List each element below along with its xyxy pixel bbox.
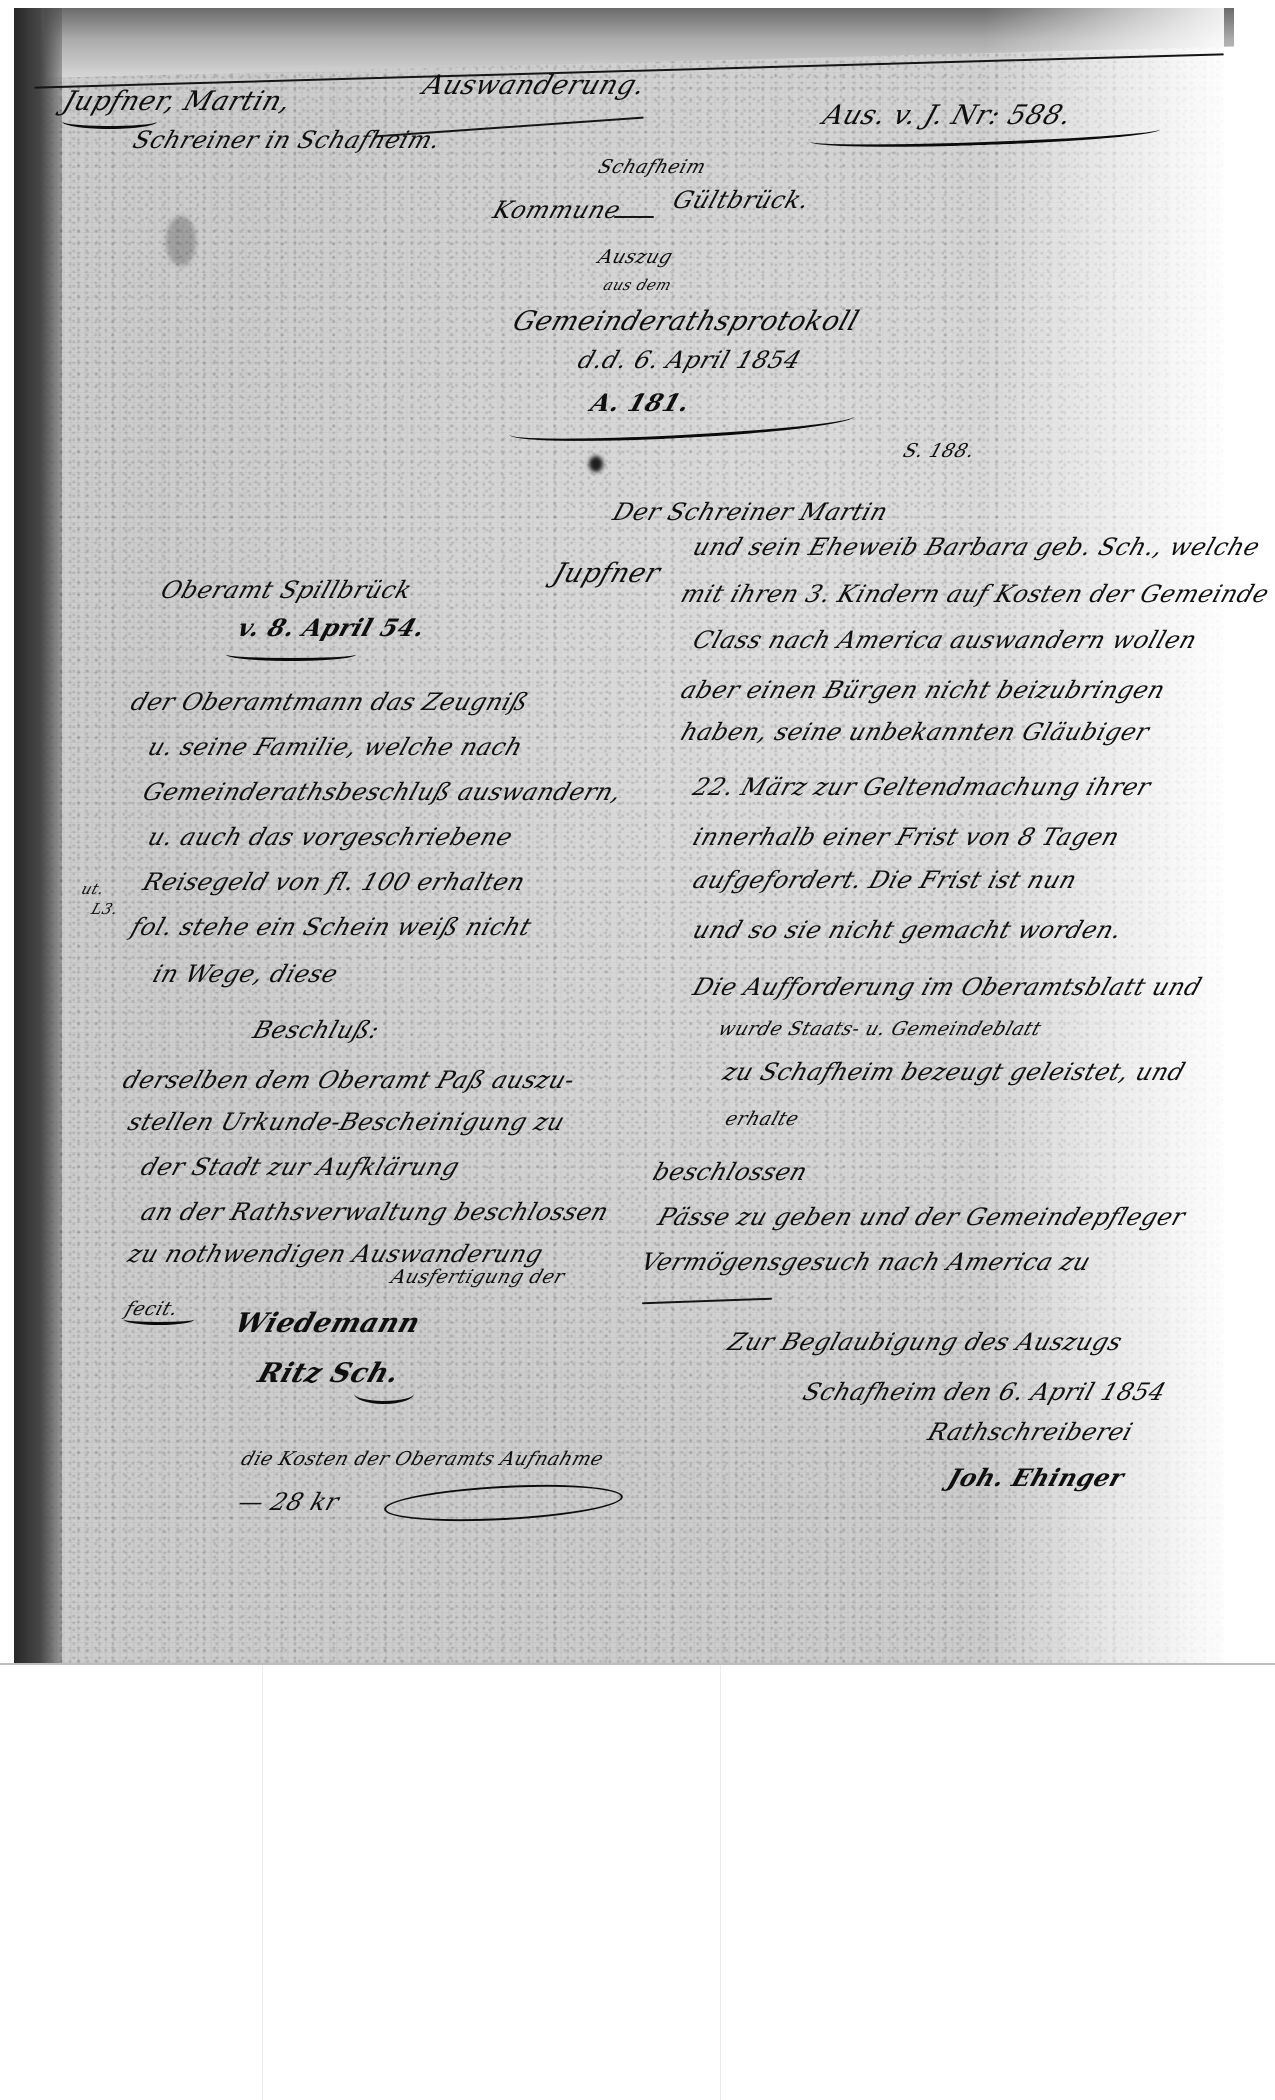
resolution-line-5: zu nothwendigen Auswanderung	[124, 1240, 546, 1268]
right-line-5: haben, seine unbekannten Gläubiger	[677, 718, 1153, 746]
resolution-line-3: der Stadt zur Aufklärung	[137, 1153, 463, 1181]
scan-artifact-line	[720, 1665, 721, 2100]
right-line-3: Class nach America auswandern wollen	[689, 626, 1200, 654]
right-continuation-1: beschlossen	[649, 1158, 811, 1186]
left-heading-1: Oberamt Spillbrück	[157, 576, 415, 604]
heading-date: d.d. 6. April 1854	[574, 346, 804, 374]
resolution-label: Beschluß:	[249, 1016, 383, 1044]
left-heading-2: v. 8. April 54.	[234, 613, 429, 642]
left-line-3: Gemeinderathsbeschluß auswandern,	[139, 778, 625, 806]
resolution-line-4: an der Rathsverwaltung beschlossen	[137, 1198, 612, 1226]
left-line-6: fol. stehe ein Schein weiß nicht	[127, 913, 535, 941]
fee-oval-flourish	[383, 1480, 623, 1526]
heading-place: Schafheim	[595, 156, 708, 178]
left-line-1: der Oberamtmann das Zeugniß	[127, 688, 532, 716]
heading-dash	[614, 216, 654, 218]
heading-kommune: Kommune	[489, 196, 624, 224]
attestation-line-4: Joh. Ehinger	[944, 1463, 1128, 1492]
right-line-6: 22. März zur Geltendmachung ihrer	[689, 773, 1154, 801]
right-closing-dash	[642, 1298, 772, 1305]
resolution-line-2: stellen Urkunde-Bescheinigung zu	[124, 1108, 568, 1136]
heading-auszug: Auszug	[595, 246, 675, 268]
right-line-11: wurde Staats- u. Gemeindeblatt	[715, 1018, 1044, 1040]
resolution-tail: Ausfertigung der	[388, 1266, 567, 1288]
right-line-7: innerhalb einer Frist von 8 Tagen	[689, 823, 1123, 851]
right-continuation-2: Pässe zu geben und der Gemeindepfleger	[654, 1203, 1189, 1231]
section-number: S. 188.	[900, 440, 977, 462]
signature-flourish	[354, 1383, 414, 1404]
signature-name-1: Wiedemann	[231, 1308, 424, 1339]
right-continuation-3: Vermögensgesuch nach America zu	[637, 1248, 1094, 1276]
left-line-4: u. auch das vorgeschriebene	[144, 823, 516, 851]
right-line-13: erhalte	[722, 1108, 802, 1130]
ink-blot	[589, 456, 603, 472]
header-name: Jupfner, Martin,	[59, 86, 295, 117]
heading-aus-dem: aus dem	[601, 276, 674, 294]
attestation-line-3: Rathschreiberei	[924, 1418, 1136, 1446]
attestation-line-2: Schafheim den 6. April 1854	[799, 1378, 1169, 1406]
left-line-2: u. seine Familie, welche nach	[144, 733, 526, 761]
attestation-line-1: Zur Beglaubigung des Auszugs	[724, 1328, 1126, 1356]
scan-artifact-line	[262, 1665, 263, 2100]
right-line-1: und sein Eheweib Barbara geb. Sch., welc…	[689, 533, 1263, 561]
heading-protocol: Gemeinderathsprotokoll	[509, 306, 863, 337]
right-line-4: aber einen Bürgen nicht beizubringen	[677, 676, 1169, 704]
left-heading-flourish	[226, 648, 356, 661]
ink-blot-small	[166, 216, 196, 266]
left-margin-note-1: ut.	[79, 880, 107, 898]
fee-amount: — 28 kr	[234, 1488, 342, 1516]
right-intro-line: Der Schreiner Martin	[609, 498, 891, 526]
right-line-12: zu Schafheim bezeugt geleistet, und	[719, 1058, 1189, 1086]
resolution-line-1: derselben dem Oberamt Paß auszu-	[119, 1066, 578, 1094]
scan-page-boundary	[0, 1663, 1275, 1665]
right-side-word: Jupfner	[549, 558, 664, 589]
fee-note: die Kosten der Oberamts Aufnahme	[238, 1448, 606, 1470]
header-occupation: Schreiner in Schafheim.	[129, 126, 444, 154]
binding-shadow-edge	[14, 8, 62, 1663]
scanned-document-page: Jupfner, Martin, Schreiner in Schafheim.…	[14, 8, 1224, 1663]
left-line-7: in Wege, diese	[149, 960, 341, 988]
right-line-9: und so sie nicht gemacht worden.	[689, 916, 1125, 944]
left-margin-note-2: L3.	[89, 900, 121, 918]
header-title: Auswanderung.	[419, 70, 650, 101]
left-line-5: Reisegeld von fl. 100 erhalten	[139, 868, 529, 896]
heading-office: Gültbrück.	[669, 186, 813, 214]
right-line-10: Die Aufforderung im Oberamtsblatt und	[689, 973, 1205, 1001]
right-line-8: aufgefordert. Die Frist ist nun	[689, 866, 1080, 894]
signature-prefix-flourish	[124, 1314, 194, 1325]
right-line-2: mit ihren 3. Kindern auf Kosten der Geme…	[677, 580, 1272, 608]
